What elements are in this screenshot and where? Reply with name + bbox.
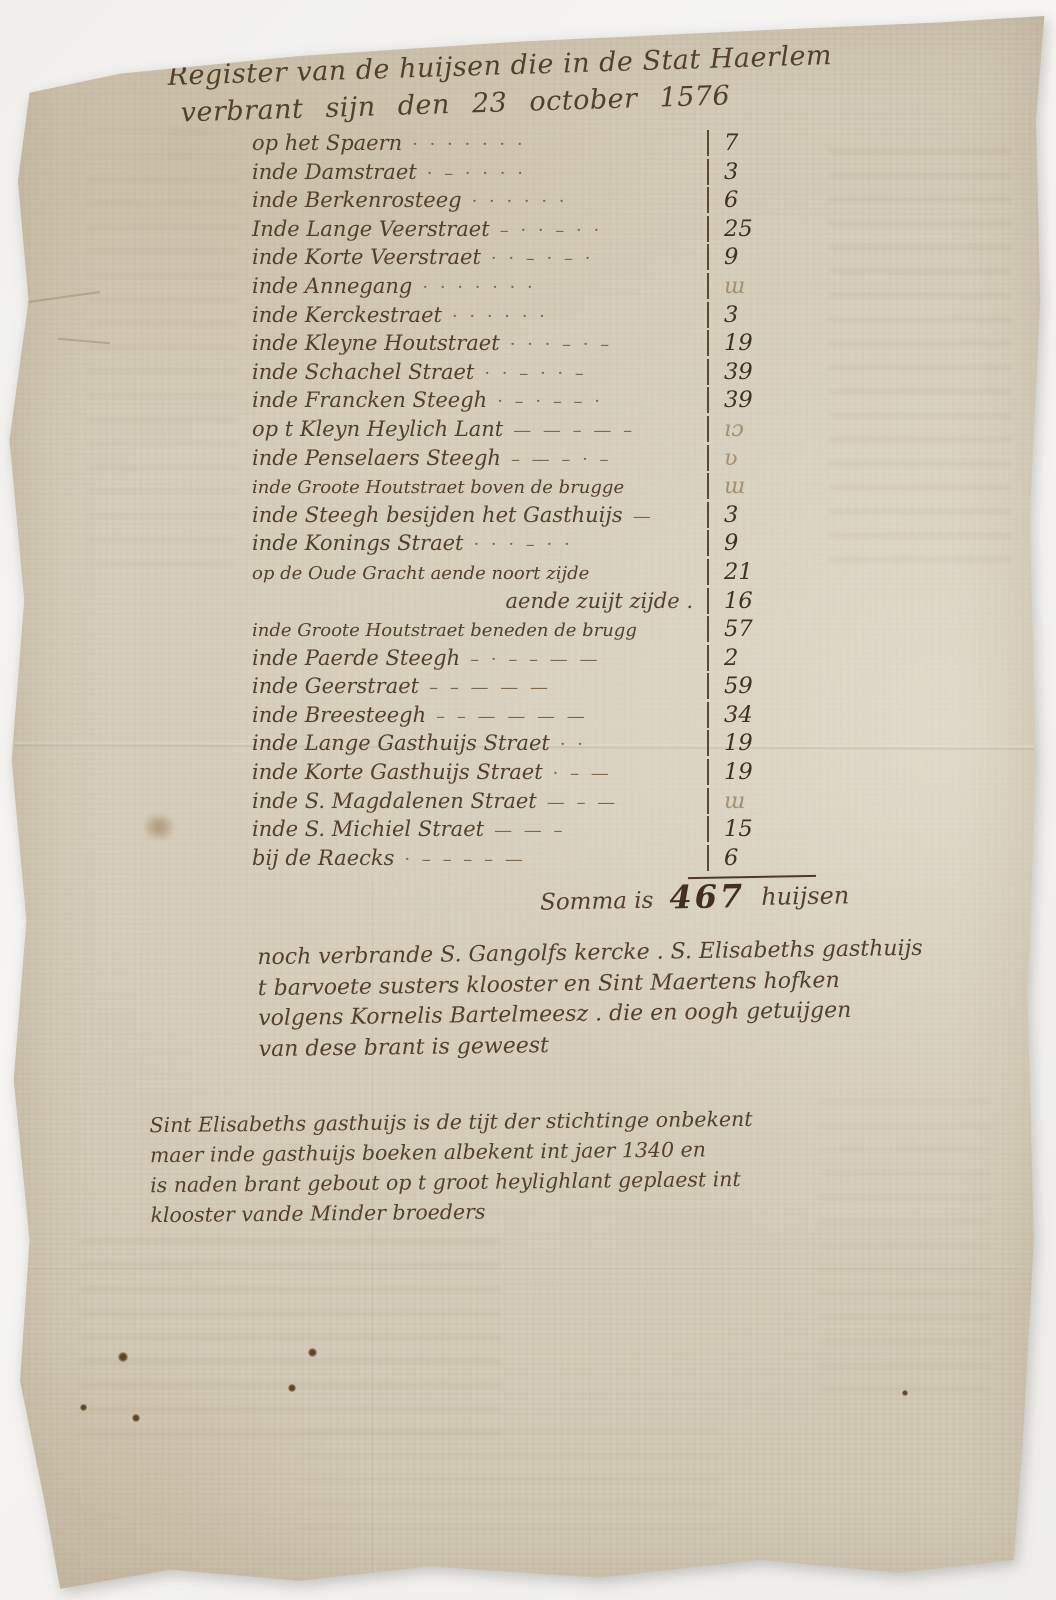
street-name: inde Lange Gasthuijs Straet <box>252 731 550 755</box>
register-row: inde Damstraet· – · · · ·3 <box>252 159 780 188</box>
leader-dots: – – — — — — <box>426 706 707 727</box>
house-count: ɯ <box>707 473 780 499</box>
register-row: inde Konings Straet· · · – · ·9 <box>252 530 780 559</box>
house-count: 9 <box>707 244 780 270</box>
margin-scribble <box>28 291 100 303</box>
register-row: inde Berkenrosteeg· · · · · ·6 <box>252 187 780 216</box>
leader-dots: — – — <box>537 792 707 813</box>
bleedthrough-texture <box>80 1240 500 1440</box>
register-row: inde Annegang· · · · · · ·ɯ <box>252 273 780 302</box>
street-name: inde Konings Straet <box>252 531 463 555</box>
house-count: 19 <box>707 330 780 356</box>
leader-dots: — <box>623 506 707 527</box>
street-name: inde Korte Veerstraet <box>252 245 481 269</box>
house-count: 6 <box>707 187 780 213</box>
ink-stain <box>142 816 176 838</box>
street-register-list: op het Spaern· · · · · · ·7 inde Damstra… <box>252 130 780 873</box>
leader-dots: · · · · · · <box>462 191 707 212</box>
ink-spot <box>80 1404 87 1411</box>
ink-spot <box>902 1390 908 1396</box>
house-count: 2 <box>707 645 780 671</box>
leader-dots: · · · – · · <box>463 534 707 555</box>
house-count: 16 <box>707 588 780 614</box>
register-row: inde Korte Gasthuijs Straet· – —19 <box>252 759 780 788</box>
house-count: ɯ <box>707 273 780 299</box>
street-name: inde Kleyne Houtstraet <box>252 331 500 355</box>
street-name: inde Groote Houtstraet boven de brugge <box>252 477 624 498</box>
house-count: 39 <box>707 387 780 413</box>
register-row: Inde Lange Veerstraet– · · – · ·25 <box>252 216 780 245</box>
register-row: inde Penselaers Steegh– — – · –ʋ <box>252 445 780 474</box>
register-row: inde Lange Gasthuijs Straet· ·19 <box>252 730 780 759</box>
paragraph-burned-buildings: noch verbrande S. Gangolfs kercke . S. E… <box>257 933 999 1065</box>
total-value: 467 <box>669 877 745 916</box>
document-title: Register van de huijsen die in de Stat H… <box>167 34 929 132</box>
house-count: 39 <box>707 359 780 385</box>
house-count: 25 <box>707 216 780 242</box>
house-count: 9 <box>707 530 780 556</box>
house-count: 21 <box>707 559 780 585</box>
register-row: aende zuijt zijde .16 <box>252 588 780 617</box>
house-count: 6 <box>707 845 780 871</box>
register-row: op de Oude Gracht aende noort zijde21 <box>252 559 780 588</box>
manuscript-page-wrapper: Register van de huijsen die in de Stat H… <box>0 0 1056 1600</box>
house-count: ɯ <box>707 788 780 814</box>
total-line: Somma is 467 huijsen <box>540 875 850 918</box>
house-count: 34 <box>707 702 780 728</box>
street-name: inde Schachel Straet <box>252 360 474 384</box>
register-row: inde Breesteegh– – — — — —34 <box>252 702 780 731</box>
leader-dots: – · · – · · <box>490 220 707 241</box>
house-count: 3 <box>707 502 780 528</box>
leader-dots: · – – – – — <box>394 849 707 870</box>
ink-spot <box>288 1384 296 1392</box>
house-count: 59 <box>707 673 780 699</box>
register-row: op het Spaern· · · · · · ·7 <box>252 130 780 159</box>
register-row: inde Geerstraet– – — — —59 <box>252 673 780 702</box>
street-name: inde S. Magdalenen Straet <box>252 789 537 813</box>
street-name: inde Annegang <box>252 274 412 298</box>
register-row: inde Schachel Straet· · – · · –39 <box>252 359 780 388</box>
street-name: inde Paerde Steegh <box>252 646 460 670</box>
register-row: inde Francken Steegh· – · – – ·39 <box>252 387 780 416</box>
house-count: 57 <box>707 616 780 642</box>
register-row: inde Groote Houtstraet boven de bruggeɯ <box>252 473 780 502</box>
street-name: inde Francken Steegh <box>252 388 487 412</box>
street-name: op de Oude Gracht aende noort zijde <box>252 563 589 584</box>
leader-dots: · – · · · · <box>417 163 707 184</box>
leader-dots: · · – · – · <box>481 248 707 269</box>
street-name: inde Kerckestraet <box>252 303 442 327</box>
leader-dots: · · – · · – <box>474 363 707 384</box>
street-name: inde Steegh besijden het Gasthuijs <box>252 503 623 527</box>
house-count: 15 <box>707 816 780 842</box>
leader-dots: · · · – · – <box>500 334 707 355</box>
street-name: inde Korte Gasthuijs Straet <box>252 760 543 784</box>
street-name: inde Berkenrosteeg <box>252 188 462 212</box>
street-name: inde Damstraet <box>252 160 417 184</box>
fold-crease <box>20 1266 1020 1269</box>
leader-dots: – — – · – <box>501 449 707 470</box>
register-row: inde S. Magdalenen Straet— – —ɯ <box>252 788 780 817</box>
ink-spot <box>118 1352 128 1362</box>
register-row: inde Steegh besijden het Gasthuijs—3 <box>252 502 780 531</box>
leader-dots: — — – — – <box>503 420 707 441</box>
register-row: op t Kleyn Heylich Lant— — – — –ıɔ <box>252 416 780 445</box>
street-name: Inde Lange Veerstraet <box>252 217 490 241</box>
ink-spot <box>308 1348 317 1357</box>
bleedthrough-texture <box>830 150 1010 580</box>
bleedthrough-texture <box>88 130 238 570</box>
street-name: inde Breesteegh <box>252 703 426 727</box>
register-row: inde Kleyne Houtstraet· · · – · –19 <box>252 330 780 359</box>
leader-dots: · – — <box>543 763 707 784</box>
street-name: op het Spaern <box>252 131 402 155</box>
house-count: 7 <box>707 130 780 156</box>
paragraph-gasthuis-note: Sint Elisabeths gasthuijs is de tijt der… <box>149 1102 950 1230</box>
register-row: inde Korte Veerstraet· · – · – ·9 <box>252 244 780 273</box>
leader-dots: · · <box>550 734 707 755</box>
street-name: bij de Raecks <box>252 846 394 870</box>
total-label: Somma is <box>540 879 654 916</box>
leader-dots: · · · · · · · <box>412 277 707 298</box>
house-count: 19 <box>707 730 780 756</box>
bleedthrough-texture <box>300 1430 720 1550</box>
manuscript-paper: Register van de huijsen die in de Stat H… <box>0 0 1056 1600</box>
house-count: ıɔ <box>707 416 780 442</box>
leader-dots: — — – <box>484 820 707 841</box>
leader-dots: · · · · · · · <box>402 134 707 155</box>
leader-dots: · · · · · · <box>442 306 707 327</box>
register-row: inde Paerde Steegh– · – – — —2 <box>252 645 780 674</box>
margin-scribble <box>58 338 110 345</box>
register-row: inde Groote Houtstraet beneden de brugg5… <box>252 616 780 645</box>
leader-dots: · – · – – · <box>487 391 707 412</box>
street-name: inde Groote Houtstraet beneden de brugg <box>252 620 637 641</box>
house-count: 3 <box>707 159 780 185</box>
leader-dots: – – — — — <box>419 677 707 698</box>
register-row: inde Kerckestraet· · · · · ·3 <box>252 302 780 331</box>
house-count: ʋ <box>707 445 780 471</box>
ink-spot <box>132 1414 140 1422</box>
register-row: bij de Raecks· – – – – —6 <box>252 845 780 874</box>
street-name: inde Penselaers Steegh <box>252 446 501 470</box>
street-name: inde S. Michiel Straet <box>252 817 484 841</box>
total-unit: huijsen <box>761 875 850 911</box>
street-name: op t Kleyn Heylich Lant <box>252 417 503 441</box>
house-count: 3 <box>707 302 780 328</box>
leader-dots: – · – – — — <box>460 649 707 670</box>
register-row: inde S. Michiel Straet— — –15 <box>252 816 780 845</box>
street-name: inde Geerstraet <box>252 674 419 698</box>
street-name: aende zuijt zijde . <box>506 589 707 613</box>
house-count: 19 <box>707 759 780 785</box>
